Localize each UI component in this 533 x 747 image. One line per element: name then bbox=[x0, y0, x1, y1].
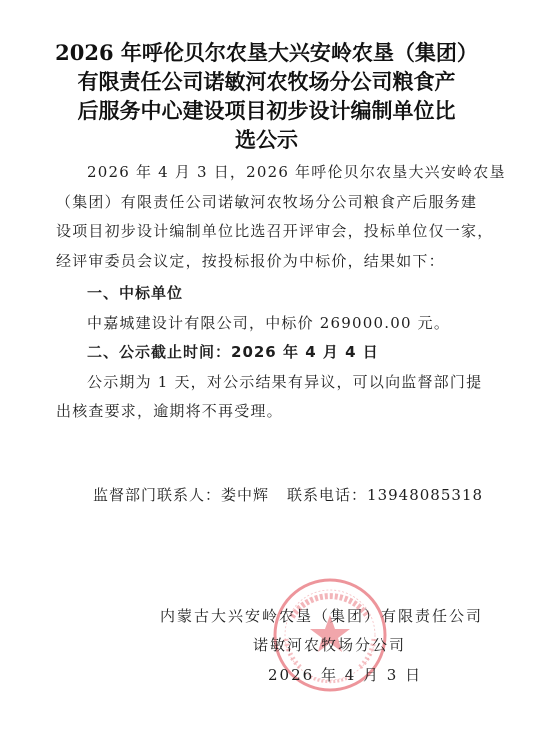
section1-content: 中嘉城建设计有限公司，中标价 269000.00 元。 bbox=[56, 309, 476, 339]
section2-line-1: 公示期为 1 天，对公示结果有异议，可以向监督部门提 bbox=[56, 368, 476, 398]
section2-heading: 二、公示截止时间：2026 年 4 月 4 日 bbox=[56, 338, 476, 368]
intro-line-4: 经评审委员会议定，按投标报价为中标价，结果如下： bbox=[56, 247, 476, 277]
signature-org-line-1: 内蒙古大兴安岭农垦（集团）有限责任公司 bbox=[160, 605, 483, 627]
sections: 一、中标单位 中嘉城建设计有限公司，中标价 269000.00 元。 二、公示截… bbox=[56, 279, 476, 427]
contact-person-label: 监督部门联系人： bbox=[93, 486, 221, 504]
contact-person-name: 娄中辉 bbox=[221, 486, 269, 504]
section1-heading: 一、中标单位 bbox=[56, 279, 476, 309]
title-line-3: 后服务中心建设项目初步设计编制单位比 bbox=[40, 96, 493, 125]
title-line-1: 2026 年呼伦贝尔农垦大兴安岭农垦（集团） bbox=[40, 38, 493, 67]
signature-date: 2026 年 4 月 3 日 bbox=[268, 664, 422, 686]
section2-line-2: 出核查要求，逾期将不再受理。 bbox=[56, 397, 476, 427]
contact-phone-label: 联系电话： bbox=[287, 486, 367, 504]
title-line-2: 有限责任公司诺敏河农牧场分公司粮食产 bbox=[40, 67, 493, 96]
intro-paragraph: 2026 年 4 月 3 日，2026 年呼伦贝尔农垦大兴安岭农垦 （集团）有限… bbox=[56, 158, 476, 276]
intro-line-1: 2026 年 4 月 3 日，2026 年呼伦贝尔农垦大兴安岭农垦 bbox=[56, 158, 476, 188]
document-page: 2026 年呼伦贝尔农垦大兴安岭农垦（集团） 有限责任公司诺敏河农牧场分公司粮食… bbox=[0, 0, 533, 747]
contact-phone: 13948085318 bbox=[367, 486, 483, 504]
intro-line-2: （集团）有限责任公司诺敏河农牧场分公司粮食产后服务建 bbox=[56, 188, 476, 218]
document-title: 2026 年呼伦贝尔农垦大兴安岭农垦（集团） 有限责任公司诺敏河农牧场分公司粮食… bbox=[40, 38, 493, 154]
title-line-4: 选公示 bbox=[40, 125, 493, 154]
supervisor-contact: 监督部门联系人：娄中辉联系电话：13948085318 bbox=[93, 484, 483, 506]
signature-org-line-2: 诺敏河农牧场分公司 bbox=[253, 634, 406, 656]
intro-line-3: 设项目初步设计编制单位比选召开评审会，投标单位仅一家， bbox=[56, 217, 476, 247]
